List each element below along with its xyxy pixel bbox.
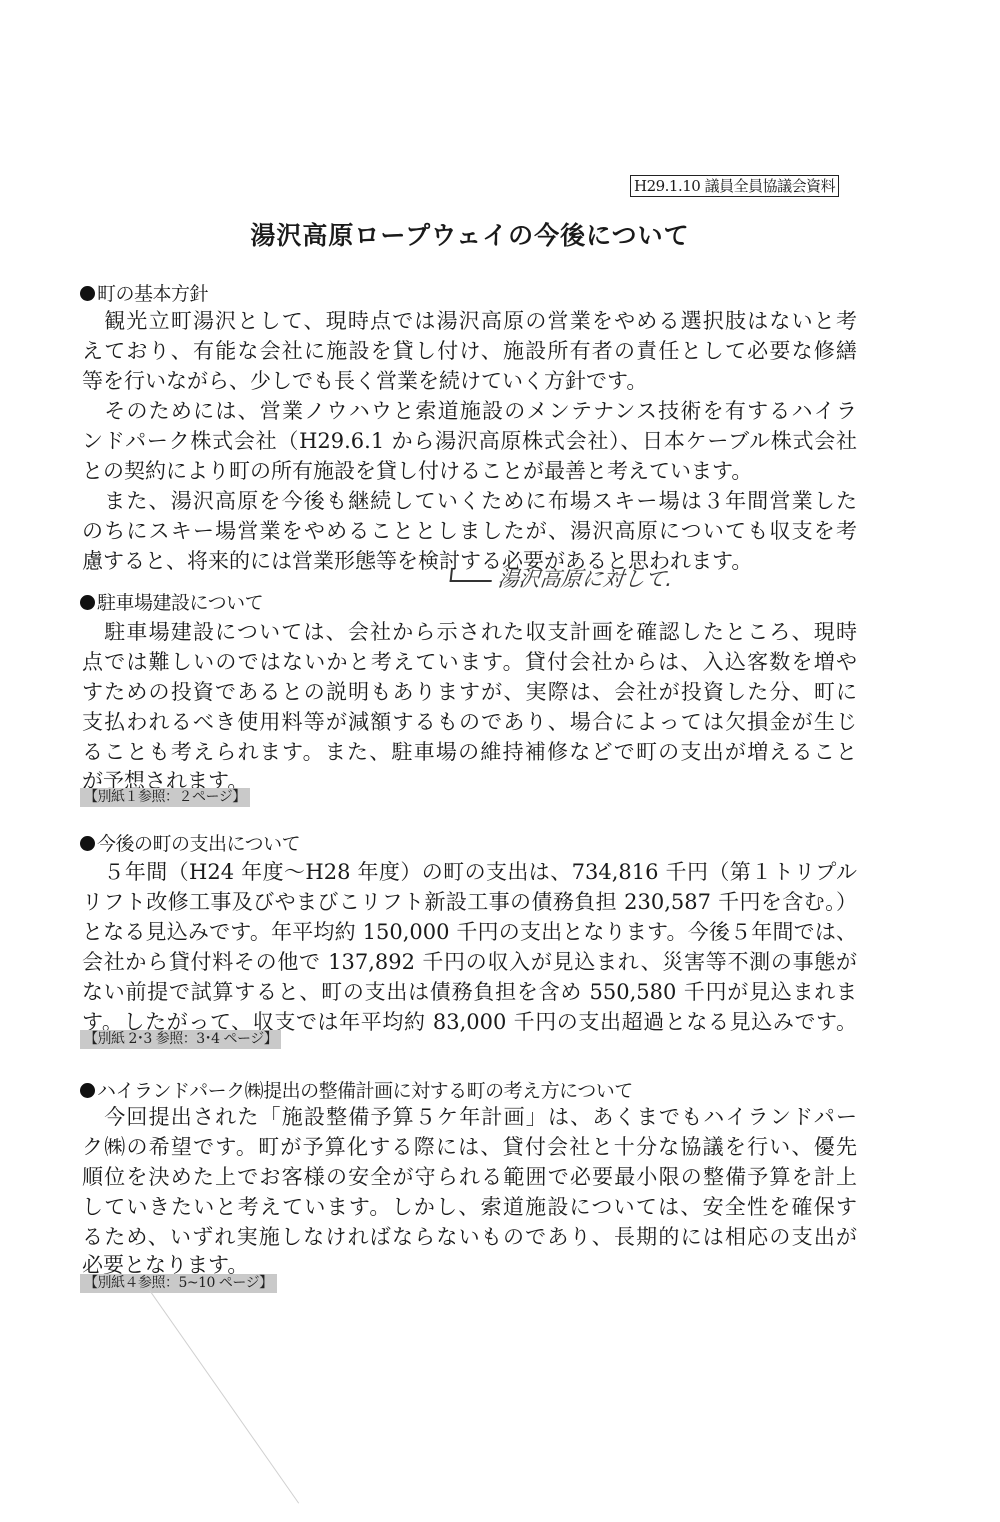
bullet-icon	[80, 286, 95, 301]
paragraph-line: 点では難しいのではないかと考えています。貸付会社からは、入込客数を増や	[82, 647, 857, 677]
paragraph-line: ５年間（H24 年度～H28 年度）の町の支出は、734,816 千円（第１トリ…	[82, 857, 857, 887]
section-heading-text: ハイランドパーク㈱提出の整備計画に対する町の考え方について	[97, 1080, 633, 1102]
paragraph-line: との契約により町の所有施設を貸し付けることが最善と考えています。	[82, 456, 857, 486]
section-heading: 今後の町の支出について	[80, 832, 300, 856]
section-heading: 駐車場建設について	[80, 591, 263, 615]
bullet-icon	[80, 836, 95, 851]
paragraph-line: そのためには、営業ノウハウと索道施設のメンテナンス技術を有するハイラ	[82, 396, 857, 426]
section-heading-text: 町の基本方針	[97, 283, 208, 305]
reference-tag: 【別紙１参照：２ページ】	[80, 788, 250, 807]
page-title: 湯沢高原ロープウェイの今後について	[0, 220, 940, 252]
paragraph-line: 会社から貸付料その他で 137,892 千円の収入が見込まれ、災害等不測の事態が	[82, 947, 857, 977]
paragraph-line: ない前提で試算すると、町の支出は債務負担を含め 550,580 千円が見込まれま	[82, 977, 857, 1007]
reference-tag: 【別紙４参照：5~10 ページ】	[80, 1274, 277, 1293]
handwritten-note-text: 湯沢高原に対して.	[497, 567, 674, 591]
paragraph-line: えており、有能な会社に施設を貸し付け、施設所有者の責任として必要な修繕	[82, 336, 857, 366]
paragraph-line: 今回提出された「施設整備予算５ケ年計画」は、あくまでもハイランドパー	[82, 1102, 857, 1132]
paragraph-line: 駐車場建設については、会社から示された収支計画を確認したところ、現時	[82, 617, 857, 647]
paragraph-line: また、湯沢高原を今後も継続していくために布場スキー場は３年間営業した	[82, 486, 857, 516]
paragraph-line: るため、いずれ実施しなければならないものであり、長期的には相応の支出が	[82, 1222, 857, 1252]
arrow-icon	[450, 568, 493, 582]
section-heading: ハイランドパーク㈱提出の整備計画に対する町の考え方について	[80, 1079, 633, 1103]
section-heading: 町の基本方針	[80, 282, 208, 306]
paragraph-line: 等を行いながら、少しでも長く営業を続けていく方針です。	[82, 366, 857, 396]
paragraph-line: 観光立町湯沢として、現時点では湯沢高原の営業をやめる選択肢はないと考	[82, 306, 857, 336]
paragraph-line: となる見込みです。年平均約 150,000 千円の支出となります。今後５年間では…	[82, 917, 857, 947]
paragraph-line: 順位を決めた上でお客様の安全が守られる範囲で必要最小限の整備予算を計上	[82, 1162, 857, 1192]
document-tag: H29.1.10 議員全員協議会資料	[630, 175, 839, 197]
reference-tag: 【別紙 2･3 参照：3･4 ページ】	[80, 1030, 281, 1049]
handwritten-note: 湯沢高原に対して.	[448, 563, 674, 593]
section-heading-text: 駐車場建設について	[97, 592, 263, 614]
paragraph-line: すための投資であるとの説明もありますが、実際は、会社が投資した分、町に	[82, 677, 857, 707]
paragraph-line: ンドパーク株式会社（H29.6.1 から湯沢高原株式会社）、日本ケーブル株式会社	[82, 426, 857, 456]
paragraph-line: ク㈱の希望です。町が予算化する際には、貸付会社と十分な協議を行い、優先	[82, 1132, 857, 1162]
section-heading-text: 今後の町の支出について	[97, 833, 300, 855]
paragraph-line: のちにスキー場営業をやめることとしましたが、湯沢高原についても収支を考	[82, 516, 857, 546]
paragraph-line: リフト改修工事及びやまびこリフト新設工事の債務負担 230,587 千円を含む。…	[82, 887, 857, 917]
paragraph-line: 支払われるべき使用料等が減額するものであり、場合によっては欠損金が生じ	[82, 707, 857, 737]
paragraph-line: していきたいと考えています。しかし、索道施設については、安全性を確保す	[82, 1192, 857, 1222]
bullet-icon	[80, 1083, 95, 1098]
bullet-icon	[80, 595, 95, 610]
paragraph-line: ることも考えられます。また、駐車場の維持補修などで町の支出が増えること	[82, 737, 857, 767]
scan-artifact-line	[149, 1290, 299, 1504]
